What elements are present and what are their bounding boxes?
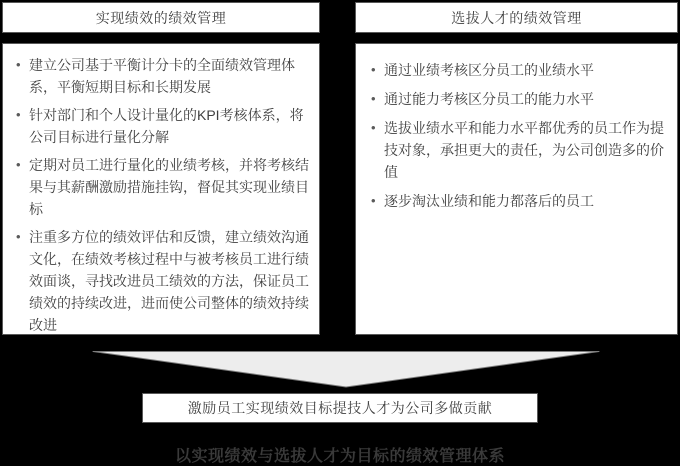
caption-title: 以实现绩效与选拔人才为目标的绩效管理体系 [0, 443, 680, 462]
list-item: • 通过能力考核区分员工的能力水平 [370, 88, 667, 110]
list-item: • 建立公司基于平衡计分卡的全面绩效管理体系，平衡短期目标和长期发展 [15, 54, 309, 98]
list-item: • 注重多方位的绩效评估和反馈，建立绩效沟通文化，在绩效考核过程中与被考核员工进… [15, 226, 309, 336]
conclusion-box: 激励员工实现绩效目标提技人才为公司多做贡献 [142, 393, 538, 423]
right-panel-body: • 通过业绩考核区分员工的业绩水平 • 通过能力考核区分员工的能力水平 • 选拔… [355, 43, 678, 335]
list-item: • 针对部门和个人设计量化的KPI考核体系，将公司目标进行量化分解 [15, 104, 309, 148]
bullet-icon: • [16, 154, 21, 176]
bullet-text: 通过业绩考核区分员工的业绩水平 [384, 62, 594, 78]
list-item: • 逐步淘汰业绩和能力都落后的员工 [370, 190, 667, 212]
list-item: • 选拔业绩水平和能力水平都优秀的员工作为提技对象，承担更大的责任，为公司创造多… [370, 117, 667, 183]
bullet-text: 注重多方位的绩效评估和反馈，建立绩效沟通文化，在绩效考核过程中与被考核员工进行绩… [29, 229, 309, 333]
bullet-text: 定期对员工进行量化的业绩考核，并将考核结果与其薪酬激励措施挂钩，督促其实现业绩目… [29, 157, 309, 217]
bullet-icon: • [16, 104, 21, 126]
bullet-text: 通过能力考核区分员工的能力水平 [384, 91, 594, 107]
down-arrow-icon [88, 347, 608, 391]
right-bullet-list: • 通过业绩考核区分员工的业绩水平 • 通过能力考核区分员工的能力水平 • 选拔… [370, 59, 667, 212]
left-panel-body: • 建立公司基于平衡计分卡的全面绩效管理体系，平衡短期目标和长期发展 • 针对部… [2, 43, 320, 335]
diagram-canvas: { "ui": { "bullet_char": "•" }, "colors"… [0, 0, 680, 462]
bullet-text: 逐步淘汰业绩和能力都落后的员工 [384, 193, 594, 209]
bullet-icon: • [371, 117, 376, 139]
down-arrow-shape [93, 352, 599, 388]
list-item: • 通过业绩考核区分员工的业绩水平 [370, 59, 667, 81]
bullet-icon: • [16, 54, 21, 76]
bullet-icon: • [16, 226, 21, 248]
bullet-icon: • [371, 59, 376, 81]
list-item: • 定期对员工进行量化的业绩考核，并将考核结果与其薪酬激励措施挂钩，督促其实现业… [15, 154, 309, 220]
right-panel-header: 选拔人才的绩效管理 [355, 2, 678, 33]
bullet-text: 选拔业绩水平和能力水平都优秀的员工作为提技对象，承担更大的责任，为公司创造多的价… [384, 120, 664, 180]
bullet-text: 针对部门和个人设计量化的KPI考核体系，将公司目标进行量化分解 [29, 107, 304, 145]
bullet-icon: • [371, 88, 376, 110]
left-bullet-list: • 建立公司基于平衡计分卡的全面绩效管理体系，平衡短期目标和长期发展 • 针对部… [15, 54, 309, 336]
bullet-icon: • [371, 190, 376, 212]
left-panel-header: 实现绩效的绩效管理 [2, 2, 320, 33]
bullet-text: 建立公司基于平衡计分卡的全面绩效管理体系，平衡短期目标和长期发展 [29, 57, 295, 95]
